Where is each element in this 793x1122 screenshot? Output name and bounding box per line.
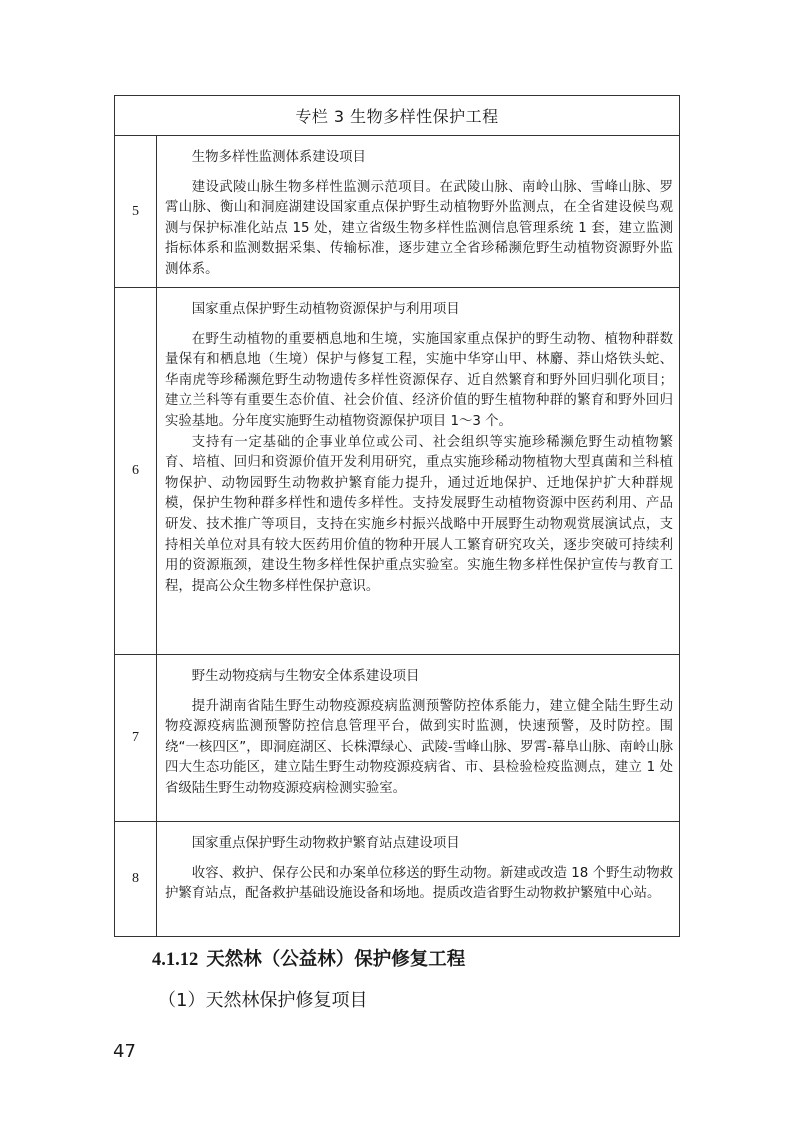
project-title: 国家重点保护野生动植物资源保护与利用项目 (165, 300, 673, 321)
project-title: 国家重点保护野生动物救护繁育站点建设项目 (165, 834, 673, 855)
project-description: 支持有一定基础的企事业单位或公司、社会组织等实施珍稀濒危野生动植物繁育、培植、回… (165, 433, 673, 598)
special-column-table: 专栏 3 生物多样性保护工程 5 生物多样性监测体系建设项目 建设武陵山脉生物多… (114, 95, 680, 937)
row-number: 6 (115, 288, 157, 654)
project-title: 生物多样性监测体系建设项目 (165, 148, 673, 169)
table-row: 8 国家重点保护野生动物救护繁育站点建设项目 收容、救护、保存公民和办案单位移送… (115, 822, 679, 936)
project-description: 在野生动植物的重要栖息地和生境，实施国家重点保护的野生动物、植物种群数量保有和栖… (165, 330, 673, 433)
row-number: 5 (115, 136, 157, 287)
row-content: 野生动物疫病与生物安全体系建设项目 提升湖南省陆生野生动物疫源疫病监测预警防控体… (157, 655, 679, 821)
table-row: 7 野生动物疫病与生物安全体系建设项目 提升湖南省陆生野生动物疫源疫病监测预警防… (115, 655, 679, 822)
row-content: 国家重点保护野生动物救护繁育站点建设项目 收容、救护、保存公民和办案单位移送的野… (157, 822, 679, 936)
project-description: 收容、救护、保存公民和办案单位移送的野生动物。新建或改造 18 个野生动物救护繁… (165, 864, 673, 905)
project-description: 提升湖南省陆生野生动物疫源疫病监测预警防控体系能力，建立健全陆生野生动物疫源疫病… (165, 697, 673, 800)
project-title: 野生动物疫病与生物安全体系建设项目 (165, 667, 673, 688)
section-heading: 4.1.12天然林（公益林）保护修复工程 (152, 945, 465, 971)
project-description: 建设武陵山脉生物多样性监测示范项目。在武陵山脉、南岭山脉、雪峰山脉、罗霄山脉、衡… (165, 178, 673, 281)
table-title: 专栏 3 生物多样性保护工程 (115, 96, 679, 136)
row-content: 国家重点保护野生动植物资源保护与利用项目 在野生动植物的重要栖息地和生境，实施国… (157, 288, 679, 654)
table-row: 6 国家重点保护野生动植物资源保护与利用项目 在野生动植物的重要栖息地和生境，实… (115, 288, 679, 655)
page-number: 47 (113, 1041, 136, 1062)
section-title: 天然林（公益林）保护修复工程 (206, 949, 465, 970)
section-number: 4.1.12 (152, 950, 198, 970)
subsection-heading: （1）天然林保护修复项目 (158, 986, 367, 1012)
row-number: 8 (115, 822, 157, 936)
row-content: 生物多样性监测体系建设项目 建设武陵山脉生物多样性监测示范项目。在武陵山脉、南岭… (157, 136, 679, 287)
row-number: 7 (115, 655, 157, 821)
table-row: 5 生物多样性监测体系建设项目 建设武陵山脉生物多样性监测示范项目。在武陵山脉、… (115, 136, 679, 288)
